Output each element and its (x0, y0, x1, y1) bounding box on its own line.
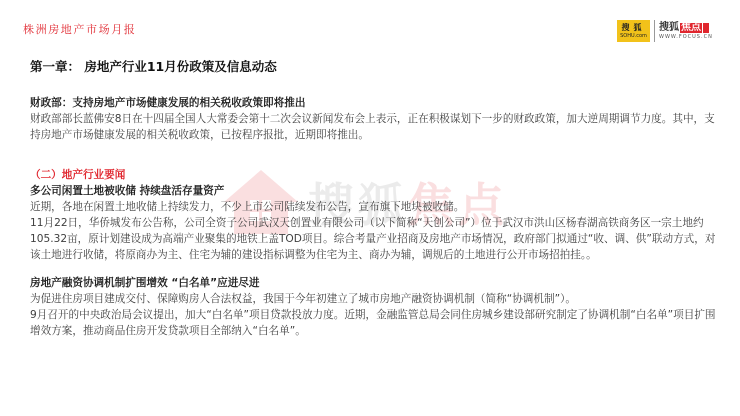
section-paragraph: 财政部部长蓝佛安8日在十四届全国人大常委会第十二次会议新闻发布会上表示，正在积极… (30, 111, 720, 143)
sohu-logo: 搜狐 SOHU.com (617, 20, 650, 42)
section-heading: 财政部：支持房地产市场健康发展的相关税收政策即将推出 (30, 95, 720, 111)
chapter-title: 第一章： 房地产行业11月份政策及信息动态 (30, 57, 277, 75)
report-title: 株洲房地产市场月报 (23, 21, 136, 37)
section-land-reserve: （二）地产行业要闻 多公司闲置土地被收储 持续盘活存量资产 近期，各地在闲置土地… (30, 167, 720, 263)
section-paragraph: 为促进住房项目建成交付、保障购房人合法权益，我国于今年初建立了城市房地产融资协调… (30, 291, 720, 307)
header-logos: 搜狐 SOHU.com 搜狐 焦点 WWW.FOCUS.CN (617, 19, 713, 43)
section-whitelist: 房地产融资协调机制扩围增效 “白名单”应进尽进 为促进住房项目建成交付、保障购房… (30, 275, 720, 339)
section-heading: 房地产融资协调机制扩围增效 “白名单”应进尽进 (30, 275, 720, 291)
section-paragraph: 11月22日，华侨城发布公告称，公司全资子公司武汉天创置业有限公司（以下简称“天… (30, 215, 720, 263)
section-paragraph: 近期，各地在闲置土地收储上持续发力，不少上市公司陆续发布公告，宣布旗下地块被收储… (30, 199, 720, 215)
section-paragraph: 9月召开的中央政治局会议提出，加大“白名单”项目贷款投放力度。近期，金融监管总局… (30, 307, 720, 339)
logo-divider (654, 20, 655, 42)
section-heading: 多公司闲置土地被收储 持续盘活存量资产 (30, 183, 720, 199)
focus-tag-icon (703, 23, 709, 33)
section-subtitle: （二）地产行业要闻 (30, 167, 720, 183)
section-tax-policy: 财政部：支持房地产市场健康发展的相关税收政策即将推出 财政部部长蓝佛安8日在十四… (30, 95, 720, 143)
focus-logo: 搜狐 焦点 WWW.FOCUS.CN (659, 23, 713, 40)
